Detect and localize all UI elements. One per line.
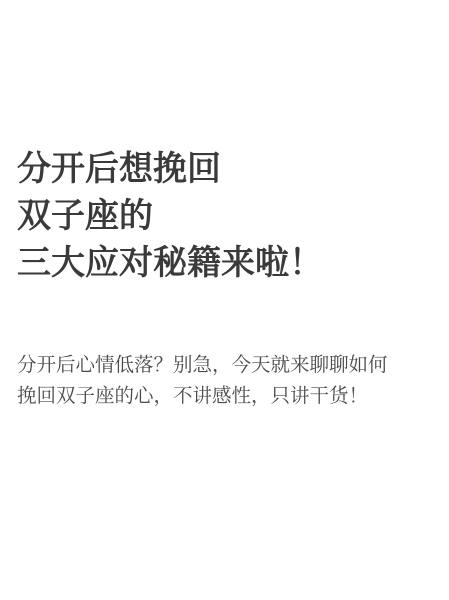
body-line-2: 挽回双子座的心，不讲感性，只讲干货！ — [17, 380, 437, 411]
title-line-1: 分开后想挽回 — [17, 146, 323, 193]
body-line-1: 分开后心情低落？别急，今天就来聊聊如何 — [17, 349, 437, 380]
post-body: 分开后心情低落？别急，今天就来聊聊如何 挽回双子座的心，不讲感性，只讲干货！ — [17, 349, 437, 411]
title-line-3: 三大应对秘籍来啦！ — [17, 240, 323, 287]
title-line-2: 双子座的 — [17, 193, 323, 240]
post-title: 分开后想挽回 双子座的 三大应对秘籍来啦！ — [17, 146, 323, 287]
